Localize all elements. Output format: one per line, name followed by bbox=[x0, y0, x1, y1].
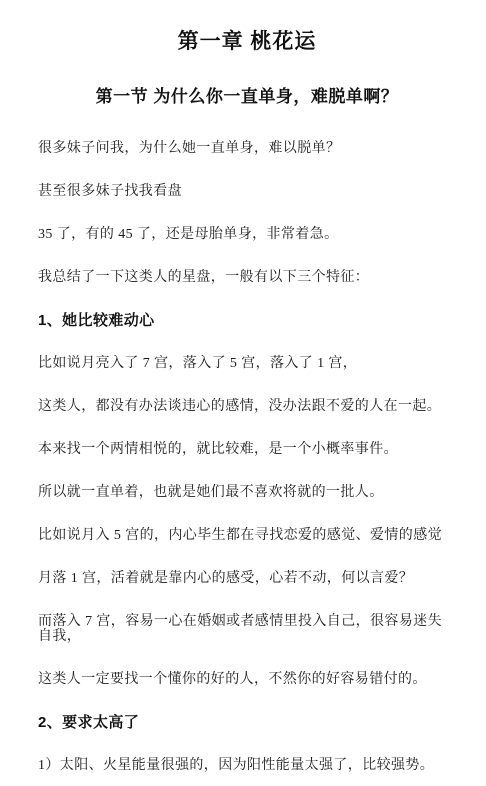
paragraph: 甚至很多妹子找我看盘 bbox=[38, 184, 456, 199]
section-title: 第一节 为什么你一直单身，难脱单啊？ bbox=[38, 86, 456, 108]
paragraph: 比如说月入 5 宫的，内心毕生都在寻找恋爱的感觉、爱情的感觉 bbox=[38, 528, 456, 543]
document-page: 第一章 桃花运 第一节 为什么你一直单身，难脱单啊？ 很多妹子问我，为什么她一直… bbox=[0, 0, 486, 786]
paragraph: 比如说月亮入了 7 宫，落入了 5 宫，落入了 1 宫， bbox=[38, 356, 456, 371]
chapter-title: 第一章 桃花运 bbox=[38, 28, 456, 55]
feature-heading-1: 1、她比较难动心 bbox=[38, 313, 456, 328]
paragraph: 很多妹子问我，为什么她一直单身，难以脱单？ bbox=[38, 141, 456, 156]
paragraph: 所以就一直单着，也就是她们最不喜欢将就的一批人。 bbox=[38, 485, 456, 500]
paragraph: 1）太阳、火星能量很强的，因为阳性能量太强了，比较强势。 bbox=[38, 758, 456, 773]
paragraph: 而落入 7 宫，容易一心在婚姻或者感情里投入自己，很容易迷失自我， bbox=[38, 614, 456, 644]
feature-heading-2: 2、要求太高了 bbox=[38, 715, 456, 730]
paragraph: 这类人一定要找一个懂你的好的人，不然你的好容易错付的。 bbox=[38, 672, 456, 687]
paragraph: 月落 1 宫，活着就是靠内心的感受，心若不动，何以言爱？ bbox=[38, 571, 456, 586]
paragraph: 35 了，有的 45 了，还是母胎单身，非常着急。 bbox=[38, 227, 456, 242]
paragraph: 我总结了一下这类人的星盘，一般有以下三个特征： bbox=[38, 270, 456, 285]
paragraph: 这类人，都没有办法谈违心的感情，没办法跟不爱的人在一起。 bbox=[38, 399, 456, 414]
paragraph: 本来找一个两情相悦的，就比较难，是一个小概率事件。 bbox=[38, 442, 456, 457]
